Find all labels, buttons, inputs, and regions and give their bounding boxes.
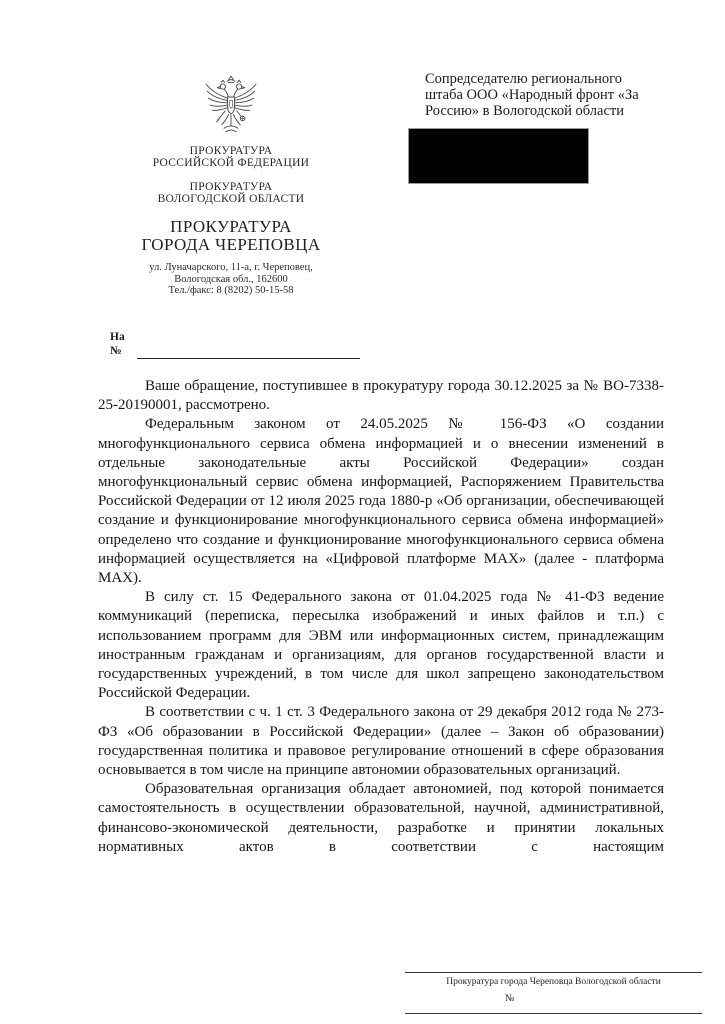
paragraph: Ваше обращение, поступившее в прокуратур… [98, 377, 664, 415]
reference-blank-line [137, 358, 360, 359]
recipient-line: Россию» в Вологодской области [425, 104, 693, 120]
footer-org-name: Прокуратура города Череповца Вологодской… [405, 977, 702, 987]
letterhead-federal-line1: ПРОКУРАТУРА [91, 145, 371, 157]
coat-of-arms-icon [202, 75, 260, 141]
footer-no-label: № [505, 993, 515, 1004]
paragraph: В силу ст. 15 Федерального закона от 01.… [98, 588, 664, 703]
letterhead-regional-line1: ПРОКУРАТУРА [91, 181, 371, 193]
letterhead-city-line2: ГОРОДА ЧЕРЕПОВЦА [91, 236, 371, 254]
letter-body: Ваше обращение, поступившее в прокуратур… [98, 377, 664, 857]
letterhead-address-line2: Вологодская обл., 162600 [91, 274, 371, 286]
letterhead-regional-line2: ВОЛОГОДСКОЙ ОБЛАСТИ [91, 193, 371, 205]
paragraph: Федеральным законом от 24.05.2025 № 156-… [98, 415, 664, 588]
recipient-block: Сопредседателю регионального штаба ООО «… [425, 72, 693, 119]
redacted-block [408, 128, 589, 184]
letterhead-federal-line2: РОССИЙСКОЙ ФЕДЕРАЦИИ [91, 157, 371, 169]
letterhead-phone: Тел./факс: 8 (8202) 50-15-58 [91, 285, 371, 297]
paragraph: В соответствии с ч. 1 ст. 3 Федерального… [98, 703, 664, 780]
letterhead-city-line1: ПРОКУРАТУРА [91, 218, 371, 236]
recipient-line: Сопредседателю регионального [425, 72, 693, 88]
letterhead: ПРОКУРАТУРА РОССИЙСКОЙ ФЕДЕРАЦИИ ПРОКУРА… [91, 75, 371, 297]
footer-rule-top [405, 972, 702, 973]
reference-no-label: № [110, 345, 122, 357]
footer-rule-bottom [405, 1013, 702, 1014]
letter-page: ПРОКУРАТУРА РОССИЙСКОЙ ФЕДЕРАЦИИ ПРОКУРА… [0, 0, 725, 1024]
recipient-line: штаба ООО «Народный фронт «За [425, 88, 693, 104]
letterhead-address-line1: ул. Луначарского, 11-а, г. Череповец, [91, 262, 371, 274]
reference-na-label: На [110, 331, 125, 343]
paragraph: Образовательная организация обладает авт… [98, 780, 664, 857]
